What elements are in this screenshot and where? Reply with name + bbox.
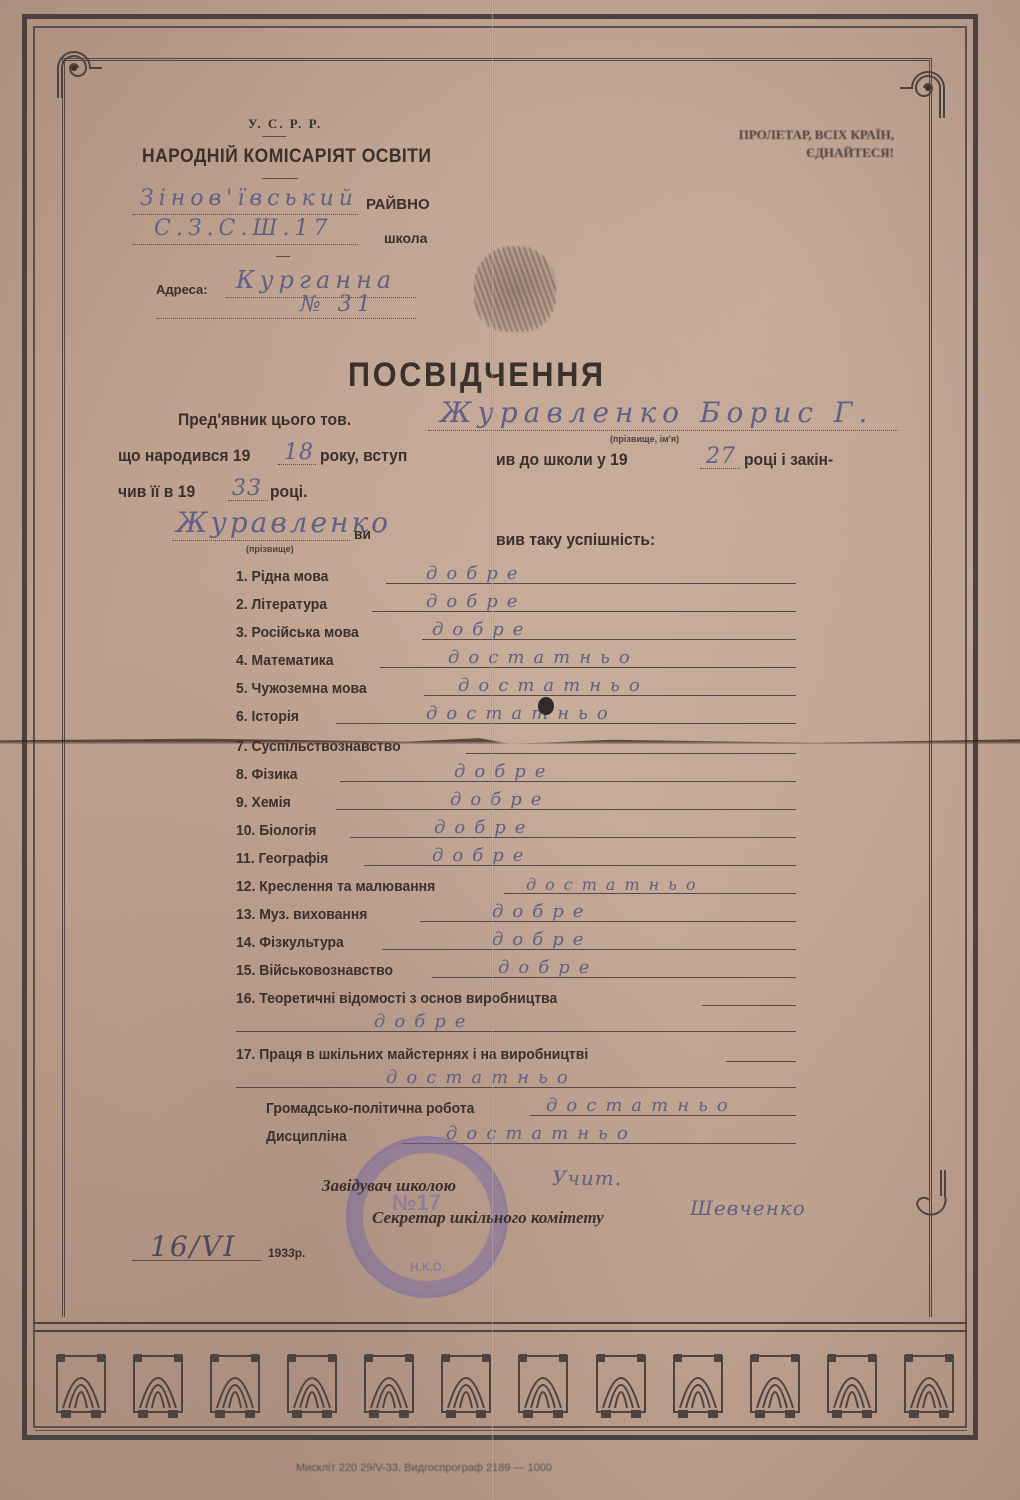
date-year: 1933р. bbox=[268, 1246, 305, 1260]
scroll-corner-ornament-icon bbox=[905, 1170, 953, 1218]
subject-label: 13. Муз. виховання bbox=[236, 906, 367, 923]
grade-line bbox=[420, 921, 796, 922]
grade-row: 3. Російська мова добре bbox=[236, 618, 796, 644]
arch-ornament-icon bbox=[903, 1352, 955, 1420]
subject-label: 17. Праця в шкільних майстернях і на вир… bbox=[236, 1046, 588, 1063]
grade-handwritten: добре bbox=[426, 563, 526, 584]
subject-label: 9. Хемія bbox=[236, 794, 291, 811]
grade-row: 8. Фізика добре bbox=[236, 760, 796, 786]
divider bbox=[262, 136, 286, 137]
arch-ornament-icon bbox=[517, 1352, 569, 1420]
address-handwritten-number: № 31 bbox=[300, 292, 376, 317]
subject-label: 12. Креслення та малювання bbox=[236, 878, 435, 895]
stamp-bottom-text: Н.К.О. bbox=[410, 1260, 445, 1274]
grade-handwritten: добре bbox=[434, 817, 534, 838]
grade-line bbox=[364, 865, 796, 866]
grade-row: 5. Чужоземна мова достатньо bbox=[236, 674, 796, 700]
grade-row: 7. Суспільствознавство bbox=[236, 732, 796, 758]
grade-row: 14. Фізкультура добре bbox=[236, 928, 796, 954]
grade-line bbox=[466, 753, 796, 754]
name-caption: (прізвище, ім'я) bbox=[610, 434, 679, 444]
arch-ornament-icon bbox=[55, 1352, 107, 1420]
grade-handwritten: достатньо bbox=[386, 1067, 577, 1088]
subject-label: 14. Фізкультура bbox=[236, 934, 344, 951]
paper-hole bbox=[538, 697, 554, 715]
subject-label: 5. Чужоземна мова bbox=[236, 680, 367, 697]
vertical-fold-crease bbox=[491, 0, 494, 1500]
secretary-label: Секретар шкільного комітету bbox=[372, 1208, 604, 1228]
district-handwritten: Зінов'ївський bbox=[140, 186, 358, 211]
head-of-school-label: Завідувач школою bbox=[322, 1176, 456, 1196]
commissariat-heading: НАРОДНІЙ КОМІСАРІЯТ ОСВІТИ bbox=[142, 146, 431, 168]
grade-row: 15. Військовознавство добре bbox=[236, 956, 796, 982]
subject-label: 3. Російська мова bbox=[236, 624, 359, 641]
grade-continuation-row: добре bbox=[236, 1010, 796, 1036]
grade-line bbox=[336, 809, 796, 810]
subject-label: 1. Рідна мова bbox=[236, 568, 328, 585]
date-handwritten: 16/VI bbox=[150, 1230, 236, 1263]
motto: ПРОЛЕТАР, ВСІХ КРАЇН, ЄДНАЙТЕСЯ! bbox=[686, 126, 894, 162]
grade-row: 6. Історія достатньо bbox=[236, 702, 796, 728]
grade-handwritten: достатньо bbox=[546, 1095, 737, 1116]
grade-handwritten: достатньо bbox=[448, 647, 639, 668]
secretary-signature: Шевченко bbox=[690, 1196, 806, 1220]
born-suffix: року, вступ bbox=[320, 446, 407, 466]
subject-label: 2. Література bbox=[236, 596, 327, 613]
grade-handwritten: достатньо bbox=[446, 1123, 637, 1144]
grade-line bbox=[432, 977, 796, 978]
born-year-handwritten: 18 bbox=[284, 440, 314, 465]
grade-handwritten: добре bbox=[432, 845, 532, 866]
art-deco-ornament-row bbox=[55, 1352, 955, 1422]
arch-ornament-icon bbox=[440, 1352, 492, 1420]
bearer-name-handwritten: Журавленко Борис Г. bbox=[440, 396, 873, 429]
grade-continuation-row: достатньо bbox=[236, 1066, 796, 1092]
motto-line-2: ЄДНАЙТЕСЯ! bbox=[686, 144, 894, 162]
grade-line bbox=[726, 1061, 796, 1062]
spiral-corner-ornament-icon bbox=[54, 50, 102, 98]
subject-label: 10. Біологія bbox=[236, 822, 316, 839]
subject-label: Дисципліна bbox=[266, 1128, 347, 1145]
grade-row: 10. Біологія добре bbox=[236, 816, 796, 842]
bottom-border-rule bbox=[35, 1430, 967, 1438]
grade-row: Громадсько-політична робота достатньо bbox=[266, 1094, 796, 1120]
head-signature: Учит. bbox=[552, 1166, 622, 1190]
grade-row: 13. Муз. виховання добре bbox=[236, 900, 796, 926]
shown-text: вив таку успішність: bbox=[496, 530, 655, 550]
printer-imprint: Мискліт 220 29/V-33. Видгоспрограф 2189 … bbox=[296, 1462, 552, 1474]
grade-line bbox=[350, 837, 796, 838]
grade-handwritten: добре bbox=[426, 591, 526, 612]
state-emblem-icon bbox=[474, 246, 556, 332]
shown-prefix: ви bbox=[354, 526, 371, 543]
arch-ornament-icon bbox=[749, 1352, 801, 1420]
arch-ornament-icon bbox=[672, 1352, 724, 1420]
school-handwritten: С.З.С.Ш.17 bbox=[154, 216, 332, 241]
subject-label: 11. Географія bbox=[236, 850, 328, 867]
finished-year-handwritten: 33 bbox=[232, 476, 262, 501]
school-label: школа bbox=[384, 230, 427, 246]
grade-row: 9. Хемія добре bbox=[236, 788, 796, 814]
subject-label: 15. Військовознавство bbox=[236, 962, 393, 979]
school-line bbox=[132, 244, 358, 245]
born-prefix: що народився 19 bbox=[118, 446, 250, 466]
entered-suffix: році і закін- bbox=[744, 450, 833, 470]
grade-handwritten: добре bbox=[454, 761, 554, 782]
grade-handwritten: добре bbox=[450, 789, 550, 810]
spiral-corner-ornament-icon bbox=[900, 70, 948, 118]
surname-line bbox=[172, 540, 350, 541]
grade-handwritten: достатньо bbox=[526, 875, 705, 894]
subject-label: 8. Фізика bbox=[236, 766, 298, 783]
grade-row: 1. Рідна мова добре bbox=[236, 562, 796, 588]
district-label: РАЙВНО bbox=[366, 196, 430, 213]
grade-handwritten: добре bbox=[498, 957, 598, 978]
arch-ornament-icon bbox=[209, 1352, 261, 1420]
subject-label: 4. Математика bbox=[236, 652, 334, 669]
country-abbrev: У. С. Р. Р. bbox=[248, 116, 322, 132]
grade-line bbox=[702, 1005, 796, 1006]
grade-handwritten: добре bbox=[374, 1011, 474, 1032]
entered-text: ив до школи у 19 bbox=[496, 450, 628, 470]
arch-ornament-icon bbox=[826, 1352, 878, 1420]
grade-handwritten: достатньо bbox=[458, 675, 649, 696]
subject-label: 6. Історія bbox=[236, 708, 299, 725]
grade-row: 2. Література добре bbox=[236, 590, 796, 616]
bearer-name-line bbox=[428, 430, 898, 431]
grade-row: 11. Географія добре bbox=[236, 844, 796, 870]
subject-label: Громадсько-політична робота bbox=[266, 1100, 474, 1117]
entered-year-handwritten: 27 bbox=[706, 444, 736, 469]
grade-row: 12. Креслення та малювання достатньо bbox=[236, 872, 796, 898]
arch-ornament-icon bbox=[595, 1352, 647, 1420]
grade-line bbox=[340, 781, 796, 782]
address-handwritten-street: Курганна bbox=[236, 266, 396, 294]
grade-row: 4. Математика достатньо bbox=[236, 646, 796, 672]
grade-handwritten: добре bbox=[492, 901, 592, 922]
bearer-label: Пред'явник цього тов. bbox=[178, 410, 351, 430]
address-label: Адреса: bbox=[156, 282, 208, 297]
divider bbox=[262, 178, 298, 179]
subject-label: 16. Теоретичні відомості з основ виробни… bbox=[236, 990, 557, 1007]
motto-line-1: ПРОЛЕТАР, ВСІХ КРАЇН, bbox=[686, 126, 894, 144]
grade-handwritten: добре bbox=[432, 619, 532, 640]
bottom-band-rule bbox=[35, 1322, 967, 1332]
divider bbox=[276, 256, 290, 257]
finished-suffix: році. bbox=[270, 482, 307, 502]
grade-handwritten: добре bbox=[492, 929, 592, 950]
surname-caption: (прізвище) bbox=[246, 544, 294, 554]
grade-row: Дисципліна достатньо bbox=[266, 1122, 796, 1148]
arch-ornament-icon bbox=[286, 1352, 338, 1420]
grade-handwritten: достатньо bbox=[426, 703, 617, 724]
grade-row: 17. Праця в шкільних майстернях і на вир… bbox=[236, 1040, 796, 1066]
document-title: ПОСВІДЧЕННЯ bbox=[348, 356, 606, 395]
district-line bbox=[132, 214, 358, 215]
grade-line bbox=[236, 1031, 796, 1032]
address-line-2 bbox=[156, 318, 416, 319]
arch-ornament-icon bbox=[363, 1352, 415, 1420]
grade-row: 16. Теоретичні відомості з основ виробни… bbox=[236, 984, 796, 1010]
arch-ornament-icon bbox=[132, 1352, 184, 1420]
finished-prefix: чив її в 19 bbox=[118, 482, 195, 502]
